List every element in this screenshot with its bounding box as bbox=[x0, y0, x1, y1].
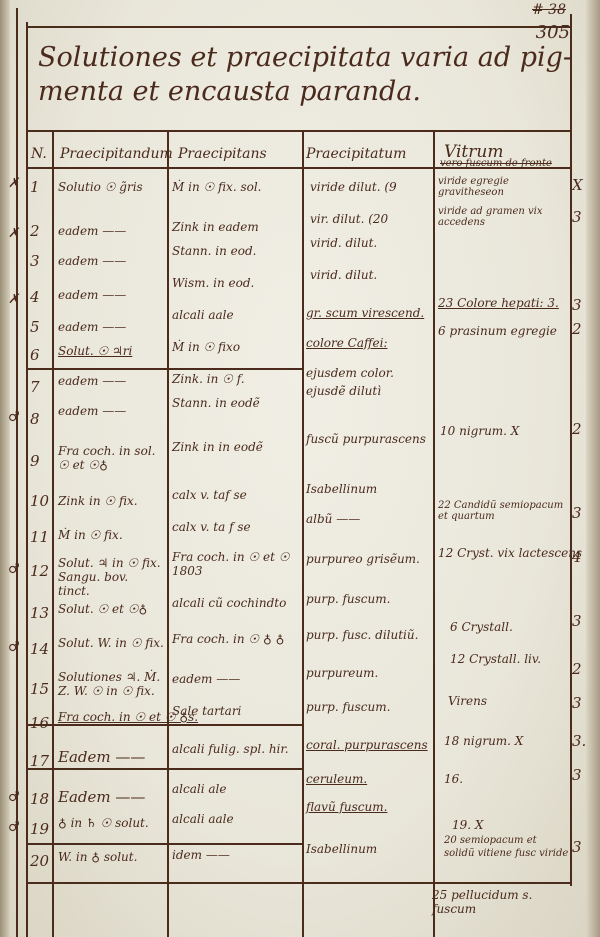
cell-praecipitans: alcali fulig. spl. hir. bbox=[172, 742, 289, 756]
cell-vitrum: 6 prasinum egregie bbox=[438, 324, 557, 338]
cell-praecipitatum: albũ —— bbox=[306, 512, 360, 526]
cell-praecipitatum: purp. fuscum. bbox=[306, 592, 390, 606]
row-number: 11 bbox=[30, 528, 49, 546]
row-rule-6 bbox=[26, 368, 302, 370]
cell-praecipitans: Wism. in eod. bbox=[172, 276, 254, 290]
frame-top bbox=[26, 26, 570, 28]
cell-praecipitandum: Eadem —— bbox=[58, 748, 145, 766]
right-mark: 4 bbox=[572, 548, 582, 566]
cell-vitrum: 23 Colore hepati: 3. bbox=[438, 296, 559, 310]
cell-praecipitans: Stann. in eodẽ bbox=[172, 396, 260, 410]
cell-praecipitans: Zink. in ☉ f. bbox=[172, 372, 245, 386]
margin-mark: ♂ bbox=[8, 410, 20, 425]
cell-praecipitatum: purpureo grisẽum. bbox=[306, 552, 420, 566]
col-divider-n bbox=[52, 130, 54, 937]
old-folio-number: # 38 bbox=[532, 2, 566, 18]
cell-praecipitatum: purp. fuscum. bbox=[306, 700, 390, 714]
cell-praecipitandum: Ṁ in ☉ fix. bbox=[58, 528, 123, 542]
cell-vitrum: 12 Crystall. liv. bbox=[450, 652, 541, 666]
cell-vitrum: viride egregie gravitheseon bbox=[438, 176, 568, 198]
cell-praecipitandum: Solut. ☉ et ☉♁ bbox=[58, 602, 147, 616]
margin-mark: ♂ bbox=[8, 562, 20, 577]
col-divider-praecipitans bbox=[302, 130, 304, 937]
header-praecipitatum: Praecipitatum bbox=[306, 146, 406, 162]
right-mark: 3 bbox=[572, 504, 582, 522]
cell-praecipitatum: flavũ fuscum. bbox=[306, 800, 387, 814]
cell-praecipitans: Sale tartari bbox=[172, 704, 241, 718]
cell-praecipitans: Ṁ in ☉ fixo bbox=[172, 340, 240, 354]
right-mark: 3 bbox=[572, 208, 582, 226]
cell-praecipitandum: Solutio ☉ g̃ris bbox=[58, 180, 143, 194]
cell-praecipitans: Zink in eadem bbox=[172, 220, 259, 234]
row-number: 2 bbox=[30, 222, 40, 240]
cell-praecipitans: alcali aale bbox=[172, 308, 234, 322]
right-mark: 3 bbox=[572, 296, 582, 314]
cell-praecipitans: calx v. taf se bbox=[172, 488, 247, 502]
cell-praecipitandum: Solut. ♃ in ☉ fix. Sangu. bov. tinct. bbox=[58, 556, 163, 598]
row-number: 19 bbox=[30, 820, 49, 838]
cell-praecipitans: alcali ale bbox=[172, 782, 226, 796]
cell-praecipitandum: eadem —— bbox=[58, 288, 126, 302]
right-mark: X bbox=[572, 176, 583, 194]
cell-praecipitatum: Isabellinum bbox=[306, 482, 377, 496]
right-mark: 3 bbox=[572, 694, 582, 712]
cell-praecipitatum: colore Caffei: bbox=[306, 336, 387, 350]
margin-mark: ✗ bbox=[8, 226, 19, 241]
margin-mark: ♂ bbox=[8, 790, 20, 805]
cell-praecipitans: Stann. in eod. bbox=[172, 244, 257, 258]
row-number: 17 bbox=[30, 752, 49, 770]
cell-praecipitandum: Zink in ☉ fix. bbox=[58, 494, 138, 508]
cell-vitrum: 12 Cryst. vix lactescens bbox=[438, 546, 582, 560]
cell-praecipitatum: coral. purpurascens bbox=[306, 738, 428, 752]
margin-mark: ♂ bbox=[8, 820, 20, 835]
cell-vitrum: 22 Candidũ semiopacum et quartum bbox=[438, 500, 568, 522]
cell-praecipitans: alcali aale bbox=[172, 812, 234, 826]
row-number: 10 bbox=[30, 492, 49, 510]
row-number: 3 bbox=[30, 252, 40, 270]
row-number: 12 bbox=[30, 562, 49, 580]
cell-praecipitans: alcali cũ cochindto bbox=[172, 596, 286, 610]
row-rule-17 bbox=[26, 768, 302, 770]
col-divider-praecipitatum bbox=[433, 130, 435, 937]
cell-praecipitandum: Solutiones ♃. Ṁ. Z. W. ☉ in ☉ fix. bbox=[58, 670, 163, 698]
page-right-edge bbox=[586, 0, 600, 937]
page-title-line1: Solutiones et praecipitata varia ad pig- bbox=[38, 40, 572, 76]
cell-praecipitandum: eadem —— bbox=[58, 320, 126, 334]
cell-praecipitans: Ṁ in ☉ fix. sol. bbox=[172, 180, 262, 194]
row-number: 14 bbox=[30, 640, 49, 658]
cell-praecipitandum: eadem —— bbox=[58, 374, 126, 388]
row-rule-19 bbox=[26, 843, 302, 845]
cell-praecipitatum: ejusdem color. bbox=[306, 366, 394, 380]
cell-praecipitans: eadem —— bbox=[172, 672, 240, 686]
cell-praecipitatum: ceruleum. bbox=[306, 772, 367, 786]
cell-vitrum: 6 Crystall. bbox=[450, 620, 513, 634]
right-mark: 3. bbox=[572, 732, 586, 750]
row-number: 13 bbox=[30, 604, 49, 622]
header-n: N. bbox=[31, 146, 47, 162]
title-bottom-rule bbox=[26, 130, 570, 132]
cell-praecipitandum: eadem —— bbox=[58, 404, 126, 418]
cell-praecipitatum: vir. dilut. (20 bbox=[310, 212, 388, 226]
col-divider-praecipitandum bbox=[167, 130, 169, 937]
row-number: 18 bbox=[30, 790, 49, 808]
cell-praecipitandum: eadem —— bbox=[58, 254, 126, 268]
row-number: 4 bbox=[30, 288, 40, 306]
margin-mark: ✗ bbox=[8, 292, 19, 307]
manuscript-page: # 38 305 Solutiones et praecipitata vari… bbox=[0, 0, 600, 937]
right-mark: 2 bbox=[572, 320, 582, 338]
header-praecipitandum: Praecipitandum bbox=[60, 146, 173, 162]
cell-vitrum: 20 semiopacum et solidũ vitiene fusc vir… bbox=[444, 834, 570, 860]
cell-praecipitatum: purp. fusc. dilutiũ. bbox=[306, 628, 418, 642]
cell-praecipitandum: Solut. ☉ ♃ri bbox=[58, 344, 132, 358]
row-number: 15 bbox=[30, 680, 49, 698]
cell-praecipitatum: virid. dilut. bbox=[310, 268, 377, 282]
vitrum-subheader: vero fuscum de fronte bbox=[440, 158, 552, 169]
cell-vitrum: 10 nigrum. X bbox=[440, 424, 519, 438]
row-number: 16 bbox=[30, 714, 49, 732]
row-rule-16 bbox=[26, 724, 302, 726]
row-number: 9 bbox=[30, 452, 40, 470]
cell-praecipitatum: ejusdẽ dilutì bbox=[306, 384, 381, 398]
row-number: 5 bbox=[30, 318, 40, 336]
cell-praecipitatum: virid. dilut. bbox=[310, 236, 377, 250]
cell-praecipitatum: viride dilut. (9 bbox=[310, 180, 397, 194]
right-mark: 3 bbox=[572, 838, 582, 856]
right-mark: 2 bbox=[572, 660, 582, 678]
cell-praecipitandum: ♁ in ♄ ☉ solut. bbox=[58, 816, 149, 830]
cell-vitrum: viride ad gramen vix accedens bbox=[438, 206, 568, 228]
header-praecipitans: Praecipitans bbox=[178, 146, 267, 162]
frame-right bbox=[570, 14, 572, 886]
cell-vitrum: 18 nigrum. X bbox=[444, 734, 523, 748]
cell-praecipitans: calx v. ta f se bbox=[172, 520, 251, 534]
cell-praecipitans: Fra coch. in ☉ ♁ ♁ bbox=[172, 632, 284, 646]
right-mark: 2 bbox=[572, 420, 582, 438]
cell-praecipitans: Fra coch. in ☉ et ☉ 1803 bbox=[172, 550, 300, 578]
footnote: 25 pellucidum s. fuscum bbox=[432, 888, 552, 916]
cell-vitrum: 19. X bbox=[452, 818, 483, 832]
right-mark: 3 bbox=[572, 766, 582, 784]
cell-praecipitandum: eadem —— bbox=[58, 224, 126, 238]
margin-mark: ✗ bbox=[8, 176, 19, 191]
row-number: 8 bbox=[30, 410, 40, 428]
margin-mark: ♂ bbox=[8, 640, 20, 655]
row-number: 6 bbox=[30, 346, 40, 364]
cell-praecipitans: Zink in in eodẽ bbox=[172, 440, 263, 454]
cell-vitrum: 16. bbox=[444, 772, 463, 786]
frame-left bbox=[26, 22, 28, 937]
cell-praecipitatum: gr. scum virescend. bbox=[306, 306, 424, 320]
row-number: 7 bbox=[30, 378, 40, 396]
right-mark: 3 bbox=[572, 612, 582, 630]
cell-praecipitandum: Eadem —— bbox=[58, 788, 145, 806]
cell-praecipitatum: Isabellinum bbox=[306, 842, 377, 856]
table-bottom-rule bbox=[26, 882, 570, 884]
cell-praecipitans: idem —— bbox=[172, 848, 230, 862]
page-title-line2: menta et encausta paranda. bbox=[38, 76, 421, 107]
row-number: 20 bbox=[30, 852, 49, 870]
cell-praecipitandum: W. in ♁ solut. bbox=[58, 850, 137, 864]
cell-praecipitandum: Solut. W. in ☉ fix. bbox=[58, 636, 164, 650]
cell-vitrum: Virens bbox=[448, 694, 487, 708]
row-number: 1 bbox=[30, 178, 40, 196]
cell-praecipitatum: fuscũ purpurascens bbox=[306, 432, 426, 446]
cell-praecipitatum: purpureum. bbox=[306, 666, 378, 680]
cell-praecipitandum: Fra coch. in sol. ☉ et ☉♁ bbox=[58, 444, 163, 472]
